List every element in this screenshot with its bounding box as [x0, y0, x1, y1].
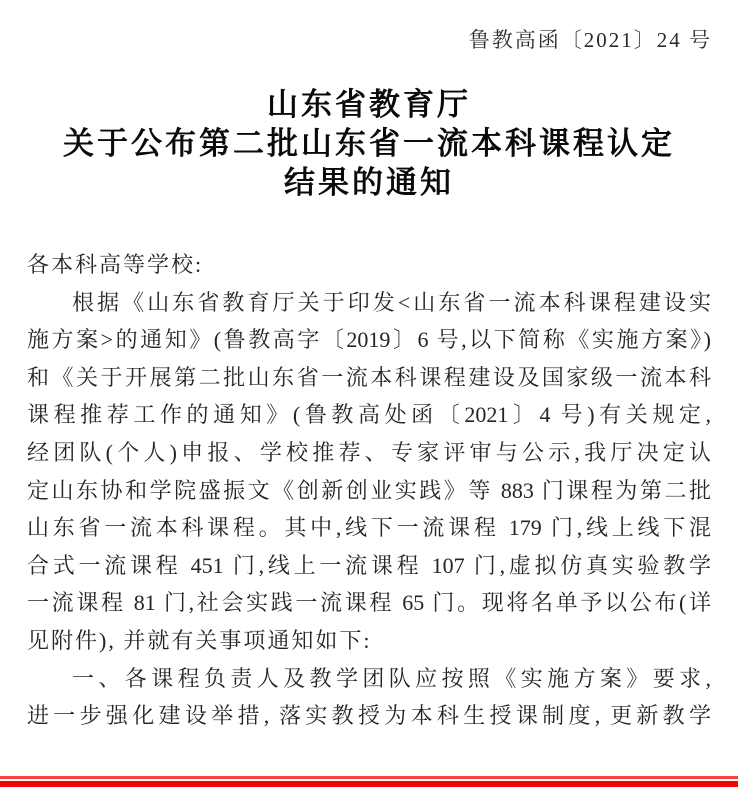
body-line: 课程推荐工作的通知》(鲁教高处函〔2021〕4 号)有关规定,: [27, 396, 711, 434]
title-line-1: 山东省教育厅: [0, 85, 738, 124]
document-title: 山东省教育厅 关于公布第二批山东省一流本科课程认定 结果的通知: [0, 85, 738, 202]
title-line-3: 结果的通知: [0, 163, 738, 202]
body-line: 施方案>的通知》(鲁教高字〔2019〕6 号,以下简称《实施方案》): [27, 321, 711, 359]
body-line: 和《关于开展第二批山东省一流本科课程建设及国家级一流本科: [27, 359, 711, 397]
body-line: 合式一流课程 451 门,线上一流课程 107 门,虚拟仿真实验教学: [27, 547, 711, 585]
red-divider-thin-line: [0, 776, 738, 779]
document-page: 鲁教高函〔2021〕24 号 山东省教育厅 关于公布第二批山东省一流本科课程认定…: [0, 0, 738, 792]
body-line: 一、各课程负责人及教学团队应按照《实施方案》要求,: [27, 660, 711, 698]
document-body: 各本科高等学校: 根据《山东省教育厅关于印发<山东省一流本科课程建设实 施方案>…: [27, 246, 711, 735]
salutation: 各本科高等学校:: [27, 246, 711, 284]
red-divider-thick-line: [0, 781, 738, 787]
body-line: 定山东协和学院盛振文《创新创业实践》等 883 门课程为第二批: [27, 472, 711, 510]
body-line: 一流课程 81 门,社会实践一流课程 65 门。现将名单予以公布(详: [27, 584, 711, 622]
body-line: 经团队(个人)申报、学校推荐、专家评审与公示,我厅决定认: [27, 434, 711, 472]
body-line: 根据《山东省教育厅关于印发<山东省一流本科课程建设实: [27, 284, 711, 322]
body-line: 见附件), 并就有关事项通知如下:: [27, 622, 711, 660]
body-line: 进一步强化建设举措, 落实教授为本科生授课制度, 更新教学: [27, 697, 711, 735]
doc-number: 鲁教高函〔2021〕24 号: [0, 24, 712, 54]
title-line-2: 关于公布第二批山东省一流本科课程认定: [0, 124, 738, 163]
body-line: 山东省一流本科课程。其中,线下一流课程 179 门,线上线下混: [27, 509, 711, 547]
